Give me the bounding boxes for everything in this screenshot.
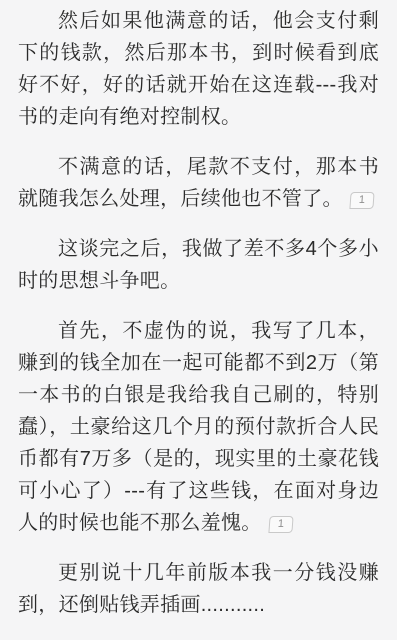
paragraph: 更别说十几年前版本我一分钱没赚到，还倒贴钱弄插画........... (18, 557, 379, 621)
paragraph-text: 这谈完之后，我做了差不多4个多小时的思想斗争吧。 (18, 238, 379, 292)
reader-page[interactable]: 然后如果他满意的话，他会支付剩下的钱款，然后那本书，到时候看到底好不好，好的话就… (0, 0, 397, 640)
paragraph-text: 首先，不虚伪的说，我写了几本，赚到的钱全加在一起可能都不到2万（第一本书的白银是… (18, 320, 379, 534)
paragraph-text: 然后如果他满意的话，他会支付剩下的钱款，然后那本书，到时候看到底好不好，好的话就… (18, 10, 379, 128)
paragraph-text: 更别说十几年前版本我一分钱没赚到，还倒贴钱弄插画........... (18, 562, 379, 616)
paragraph: 然后如果他满意的话，他会支付剩下的钱款，然后那本书，到时候看到底好不好，好的话就… (18, 5, 379, 133)
paragraph-comment-count-badge[interactable]: 1 (349, 192, 374, 209)
paragraph: 这谈完之后，我做了差不多4个多小时的思想斗争吧。 (18, 233, 379, 297)
paragraph-comment-count-badge[interactable]: 1 (268, 516, 293, 533)
paragraph: 首先，不虚伪的说，我写了几本，赚到的钱全加在一起可能都不到2万（第一本书的白银是… (18, 315, 379, 539)
paragraph: 不满意的话，尾款不支付，那本书就随我怎么处理，后续他也不管了。1 (18, 151, 379, 215)
paragraph-text: 不满意的话，尾款不支付，那本书就随我怎么处理，后续他也不管了。 (18, 156, 379, 210)
